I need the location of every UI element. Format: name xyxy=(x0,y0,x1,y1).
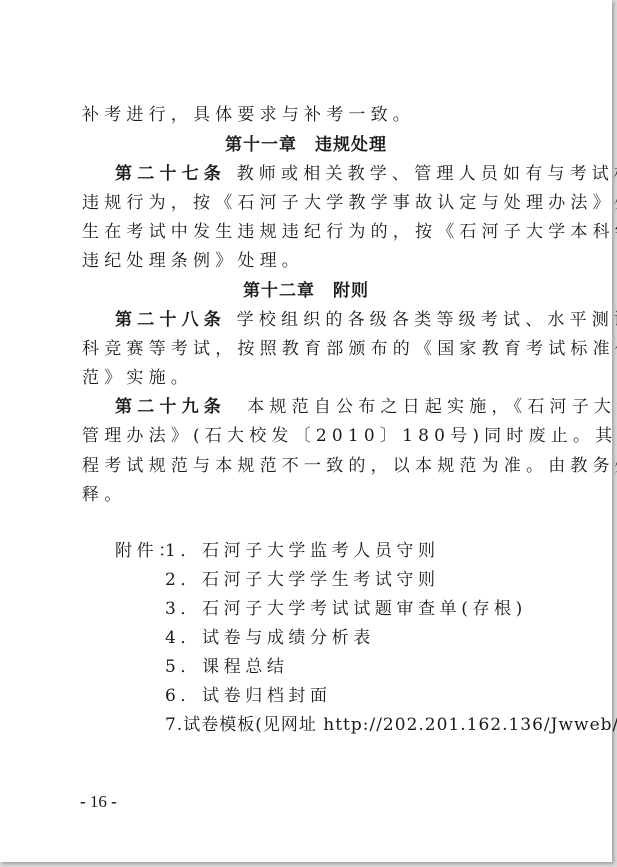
page-number: - 16 - xyxy=(80,791,117,813)
attachment-item: 6．试卷归档封面 xyxy=(165,685,332,707)
article-28-line-1: 第二十八条 学校组织的各级各类等级考试、水平测试、学 xyxy=(82,309,542,331)
article-27-line-1: 第二十七条 教师或相关教学、管理人员如有与考试相关的 xyxy=(82,163,542,185)
attachment-item: 5．课程总结 xyxy=(165,656,288,678)
chapter-12-heading: 第十二章 附则 xyxy=(0,280,612,302)
paragraph-line: 补考进行，具体要求与补考一致。 xyxy=(82,104,542,126)
article-27-label: 第二十七条 xyxy=(115,164,226,184)
attachment-item: 4．试卷与成绩分析表 xyxy=(165,627,375,649)
document-page: 补考进行，具体要求与补考一致。 第十一章 违规处理 第二十七条 教师或相关教学、… xyxy=(0,0,612,862)
article-27-line-3: 生在考试中发生违规违纪行为的，按《石河子大学本科学生考试 xyxy=(82,221,542,243)
article-29-label: 第二十九条 xyxy=(115,397,226,417)
attachment-item: 3．石河子大学考试试题审查单(存根) xyxy=(165,598,527,620)
attachment-item: 1．石河子大学监考人员守则 xyxy=(165,540,440,562)
article-27-line-2: 违规行为，按《石河子大学教学事故认定与处理办法》处理；学 xyxy=(82,192,542,214)
article-27-line-4: 违纪处理条例》处理。 xyxy=(82,250,542,272)
article-28-label: 第二十八条 xyxy=(115,310,226,330)
chapter-11-heading: 第十一章 违规处理 xyxy=(0,134,612,156)
article-29-line-4: 释。 xyxy=(82,484,542,506)
article-29-line-3: 程考试规范与本规范不一致的，以本规范为准。由教务处负责解 xyxy=(82,455,542,477)
article-29-line-2: 管理办法》(石大校发〔2010〕180号)同时废止。其他相关课 xyxy=(82,425,542,447)
attachment-item: 2．石河子大学学生考试守则 xyxy=(165,569,440,591)
attachment-item: 7.试卷模板(见网址 http://202.201.162.136/Jwweb/… xyxy=(165,714,617,736)
article-29-line-1: 第二十九条 本规范自公布之日起实施，《石河子大学考试 xyxy=(82,396,542,418)
article-28-line-3: 范》实施。 xyxy=(82,367,542,389)
article-28-line-2: 科竞赛等考试，按照教育部颁布的《国家教育考试标准化考点规 xyxy=(82,338,542,360)
